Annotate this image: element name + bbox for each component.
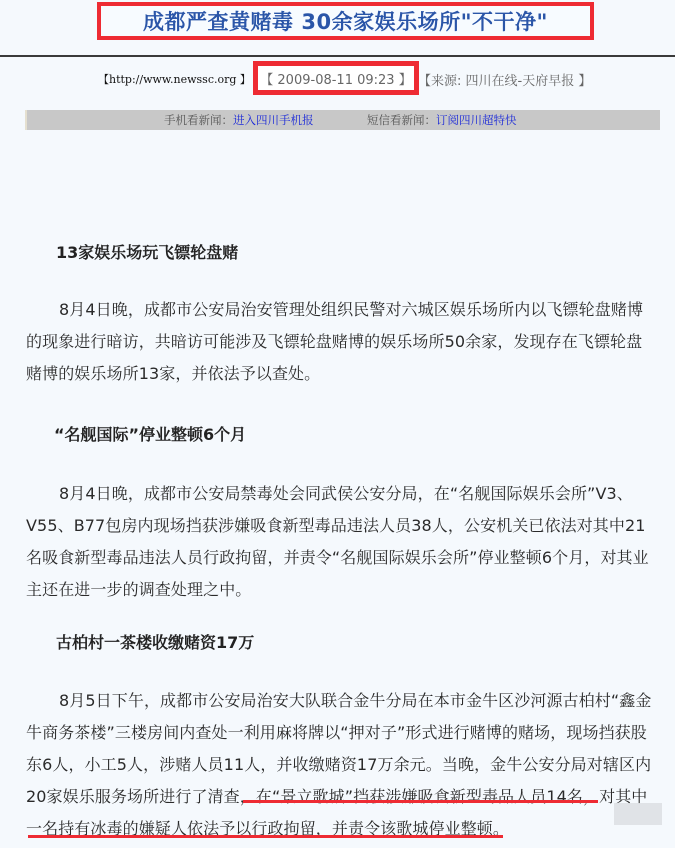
sms-news-label: 短信看新闻： bbox=[367, 113, 436, 127]
sms-news-group: 短信看新闻：订阅四川超特快 bbox=[367, 110, 517, 130]
section-heading: 13家娱乐场玩飞镖轮盘赌 bbox=[56, 240, 238, 263]
section-heading: 古柏村一茶楼收缴赌资17万 bbox=[56, 630, 254, 653]
section-paragraph: 8月4日晚，成都市公安局禁毒处会同武侯公安分局，在“名舰国际娱乐会所”V3、V5… bbox=[26, 478, 658, 606]
mobile-news-link[interactable]: 进入四川手机报 bbox=[233, 113, 314, 127]
section-paragraph: 8月4日晚，成都市公安局治安管理处组织民警对六城区娱乐场所内以飞镖轮盘赌博的现象… bbox=[26, 294, 658, 390]
article-title: 成都严查黄赌毒 30余家娱乐场所"不干净" bbox=[143, 6, 548, 36]
title-divider bbox=[0, 55, 675, 57]
mobile-news-bar: 手机看新闻：进入四川手机报 短信看新闻：订阅四川超特快 bbox=[25, 110, 660, 130]
watermark-blur bbox=[614, 803, 662, 825]
sms-news-link[interactable]: 订阅四川超特快 bbox=[436, 113, 517, 127]
section-paragraph: 8月5日下午，成都市公安局治安大队联合金牛分局在本市金牛区沙河源古柏村“鑫金牛商… bbox=[26, 685, 658, 845]
mobile-news-group: 手机看新闻：进入四川手机报 bbox=[164, 110, 314, 130]
red-underline-annotation bbox=[28, 835, 503, 838]
title-highlight-box: 成都严查黄赌毒 30余家娱乐场所"不干净" bbox=[97, 2, 594, 40]
red-underline-annotation bbox=[243, 800, 598, 803]
mobile-news-label: 手机看新闻： bbox=[164, 113, 233, 127]
article-source: 【来源: 四川在线-天府早报 】 bbox=[418, 70, 591, 89]
section-heading: “名舰国际”停业整顿6个月 bbox=[54, 422, 246, 445]
news-article-page: 成都严查黄赌毒 30余家娱乐场所"不干净" 【http://www.newssc… bbox=[0, 0, 675, 848]
datetime-highlight-box: 【 2009-08-11 09:23 】 bbox=[253, 61, 419, 95]
article-meta: 【http://www.newssc.org 】 【 2009-08-11 09… bbox=[0, 60, 675, 94]
site-url[interactable]: 【http://www.newssc.org 】 bbox=[98, 71, 251, 87]
publish-datetime: 【 2009-08-11 09:23 】 bbox=[260, 69, 411, 88]
